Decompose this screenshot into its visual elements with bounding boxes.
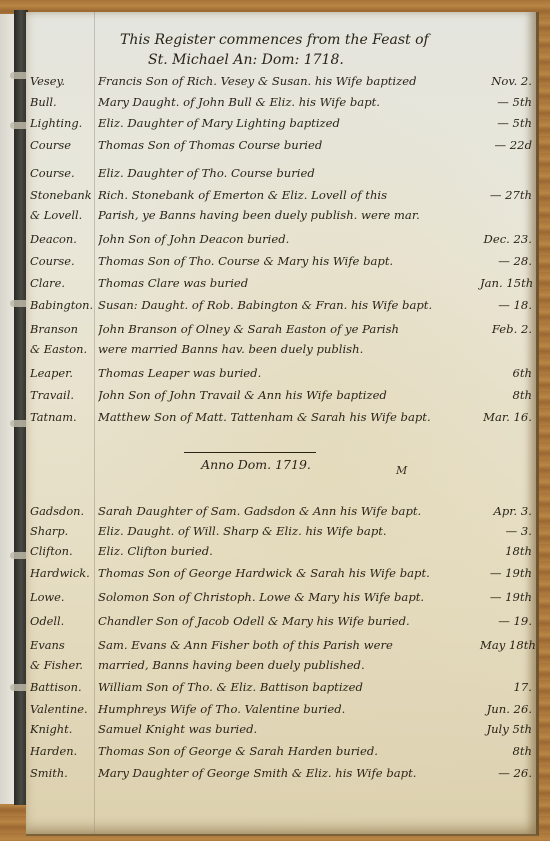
entry-date: — 5th — [480, 93, 532, 112]
register-entry: Hardwick.Thomas Son of George Hardwick &… — [26, 564, 536, 583]
register-entry: Smith.Mary Daughter of George Smith & El… — [26, 764, 536, 783]
entry-surname: Tatnam. — [30, 408, 96, 427]
entry-surname: Odell. — [30, 612, 96, 631]
entry-text: Francis Son of Rich. Vesey & Susan. his … — [98, 72, 480, 91]
entry-surname: Course. — [30, 164, 96, 183]
entry-surname: Bull. — [30, 93, 96, 112]
entry-text: John Branson of Olney & Sarah Easton of … — [98, 320, 480, 339]
register-entry: EvansSam. Evans & Ann Fisher both of thi… — [26, 636, 536, 655]
entry-date: May 18th — [480, 636, 532, 655]
entry-surname: Lowe. — [30, 588, 96, 607]
register-entry: Battison.William Son of Tho. & Eliz. Bat… — [26, 678, 536, 697]
entry-text: Thomas Clare was buried — [98, 274, 480, 293]
entry-date: Dec. 23. — [480, 230, 532, 249]
entry-text: Eliz. Daughter of Tho. Course buried — [98, 164, 480, 183]
entry-surname: Sharp. — [30, 522, 96, 541]
entry-date: — 27th — [480, 186, 532, 205]
entry-surname: Valentine. — [30, 700, 96, 719]
entry-text: Mary Daughter of George Smith & Eliz. hi… — [98, 764, 480, 783]
register-entry: Bull.Mary Daught. of John Bull & Eliz. h… — [26, 93, 536, 112]
entry-date: — 18. — [480, 296, 532, 315]
entry-text: Eliz. Daught. of Will. Sharp & Eliz. his… — [98, 522, 480, 541]
entry-text: Eliz. Clifton buried. — [98, 542, 480, 561]
register-entry: Lowe.Solomon Son of Christoph. Lowe & Ma… — [26, 588, 536, 607]
register-entry: Valentine.Humphreys Wife of Tho. Valenti… — [26, 700, 536, 719]
entry-surname: Babington. — [30, 296, 96, 315]
register-entry: Course.Thomas Son of Tho. Course & Mary … — [26, 252, 536, 271]
entry-surname: Harden. — [30, 742, 96, 761]
entry-text: Thomas Son of George & Sarah Harden buri… — [98, 742, 480, 761]
year-heading-rule — [184, 452, 316, 453]
entry-surname: Travail. — [30, 386, 96, 405]
entry-text: Sarah Daughter of Sam. Gadsdon & Ann his… — [98, 502, 480, 521]
register-entry: & Fisher.married, Banns having been duel… — [26, 656, 536, 675]
register-entry: & Lovell.Parish, ye Banns having been du… — [26, 206, 536, 225]
register-header: This Register commences from the Feast o… — [120, 30, 480, 70]
register-entry: Babington.Susan: Daught. of Rob. Babingt… — [26, 296, 536, 315]
register-entry: Lighting.Eliz. Daughter of Mary Lighting… — [26, 114, 536, 133]
header-line-2: St. Michael An: Dom: 1718. — [120, 50, 480, 70]
register-entry: Gadsdon.Sarah Daughter of Sam. Gadsdon &… — [26, 502, 536, 521]
entry-date: — 19th — [480, 564, 532, 583]
entry-surname: Battison. — [30, 678, 96, 697]
entry-text: Thomas Son of George Hardwick & Sarah hi… — [98, 564, 480, 583]
entry-date: — 22d — [480, 136, 532, 155]
entry-surname: Course. — [30, 252, 96, 271]
entry-date: 18th — [480, 542, 532, 561]
entry-date: 8th — [480, 742, 532, 761]
entry-text: Eliz. Daughter of Mary Lighting baptized — [98, 114, 480, 133]
entry-surname: Stonebank — [30, 186, 96, 205]
register-entry: StonebankRich. Stonebank of Emerton & El… — [26, 186, 536, 205]
entry-text: were married Banns hav. been duely publi… — [98, 340, 480, 359]
entry-surname: & Easton. — [30, 340, 96, 359]
entry-text: Rich. Stonebank of Emerton & Eliz. Lovel… — [98, 186, 480, 205]
entry-text: Parish, ye Banns having been duely publi… — [98, 206, 480, 225]
register-entry: Travail.John Son of John Travail & Ann h… — [26, 386, 536, 405]
entry-date: Mar. 16. — [480, 408, 532, 427]
header-line-1: This Register commences from the Feast o… — [120, 30, 480, 50]
entry-text: Samuel Knight was buried. — [98, 720, 480, 739]
entry-date: — 26. — [480, 764, 532, 783]
margin-mark: M — [396, 464, 407, 477]
entry-text: Sam. Evans & Ann Fisher both of this Par… — [98, 636, 480, 655]
entry-surname: Evans — [30, 636, 96, 655]
entry-text: Solomon Son of Christoph. Lowe & Mary hi… — [98, 588, 480, 607]
entry-date: Apr. 3. — [480, 502, 532, 521]
entry-surname: Deacon. — [30, 230, 96, 249]
entry-surname: Gadsdon. — [30, 502, 96, 521]
entry-date: Jan. 15th — [480, 274, 532, 293]
entry-text: Chandler Son of Jacob Odell & Mary his W… — [98, 612, 480, 631]
entry-text: Humphreys Wife of Tho. Valentine buried. — [98, 700, 480, 719]
register-entry: Clare.Thomas Clare was buriedJan. 15th — [26, 274, 536, 293]
entry-surname: Course — [30, 136, 96, 155]
entry-date: — 28. — [480, 252, 532, 271]
entry-text: John Son of John Deacon buried. — [98, 230, 480, 249]
register-entry: Deacon.John Son of John Deacon buried.De… — [26, 230, 536, 249]
entry-date: 8th — [480, 386, 532, 405]
entry-surname: & Fisher. — [30, 656, 96, 675]
entry-date: — 5th — [480, 114, 532, 133]
register-entry: Odell.Chandler Son of Jacob Odell & Mary… — [26, 612, 536, 631]
entry-surname: Leaper. — [30, 364, 96, 383]
register-entry: CourseThomas Son of Thomas Course buried… — [26, 136, 536, 155]
register-entry: Course.Eliz. Daughter of Tho. Course bur… — [26, 164, 536, 183]
entry-surname: Knight. — [30, 720, 96, 739]
register-entry: BransonJohn Branson of Olney & Sarah Eas… — [26, 320, 536, 339]
register-entry: Vesey.Francis Son of Rich. Vesey & Susan… — [26, 72, 536, 91]
entry-date: Feb. 2. — [480, 320, 532, 339]
entry-text: Mary Daught. of John Bull & Eliz. his Wi… — [98, 93, 480, 112]
register-entry: & Easton.were married Banns hav. been du… — [26, 340, 536, 359]
year-heading: Anno Dom. 1719. — [196, 457, 316, 472]
register-entry: Sharp.Eliz. Daught. of Will. Sharp & Eli… — [26, 522, 536, 541]
register-entry: Clifton.Eliz. Clifton buried.18th — [26, 542, 536, 561]
register-entry: Knight.Samuel Knight was buried.July 5th — [26, 720, 536, 739]
entry-surname: Lighting. — [30, 114, 96, 133]
entry-date: Nov. 2. — [480, 72, 532, 91]
entry-text: Thomas Son of Tho. Course & Mary his Wif… — [98, 252, 480, 271]
entry-date: July 5th — [480, 720, 532, 739]
entry-date: — 19. — [480, 612, 532, 631]
entry-surname: Clifton. — [30, 542, 96, 561]
entry-date: Jun. 26. — [480, 700, 532, 719]
entry-text: John Son of John Travail & Ann his Wife … — [98, 386, 480, 405]
entry-surname: Branson — [30, 320, 96, 339]
entry-date: 17. — [480, 678, 532, 697]
entry-text: married, Banns having been duely publish… — [98, 656, 480, 675]
register-entry: Leaper.Thomas Leaper was buried.6th — [26, 364, 536, 383]
entry-surname: & Lovell. — [30, 206, 96, 225]
entry-text: Thomas Leaper was buried. — [98, 364, 480, 383]
entry-text: Susan: Daught. of Rob. Babington & Fran.… — [98, 296, 480, 315]
entry-text: William Son of Tho. & Eliz. Battison bap… — [98, 678, 480, 697]
entry-surname: Smith. — [30, 764, 96, 783]
entry-date: — 19th — [480, 588, 532, 607]
register-entry: Harden.Thomas Son of George & Sarah Hard… — [26, 742, 536, 761]
entry-surname: Clare. — [30, 274, 96, 293]
register-page: This Register commences from the Feast o… — [26, 12, 539, 836]
entry-text: Thomas Son of Thomas Course buried — [98, 136, 480, 155]
entry-surname: Vesey. — [30, 72, 96, 91]
register-entry: Tatnam.Matthew Son of Matt. Tattenham & … — [26, 408, 536, 427]
entry-date: 6th — [480, 364, 532, 383]
entry-text: Matthew Son of Matt. Tattenham & Sarah h… — [98, 408, 480, 427]
entry-surname: Hardwick. — [30, 564, 96, 583]
entry-date: — 3. — [480, 522, 532, 541]
